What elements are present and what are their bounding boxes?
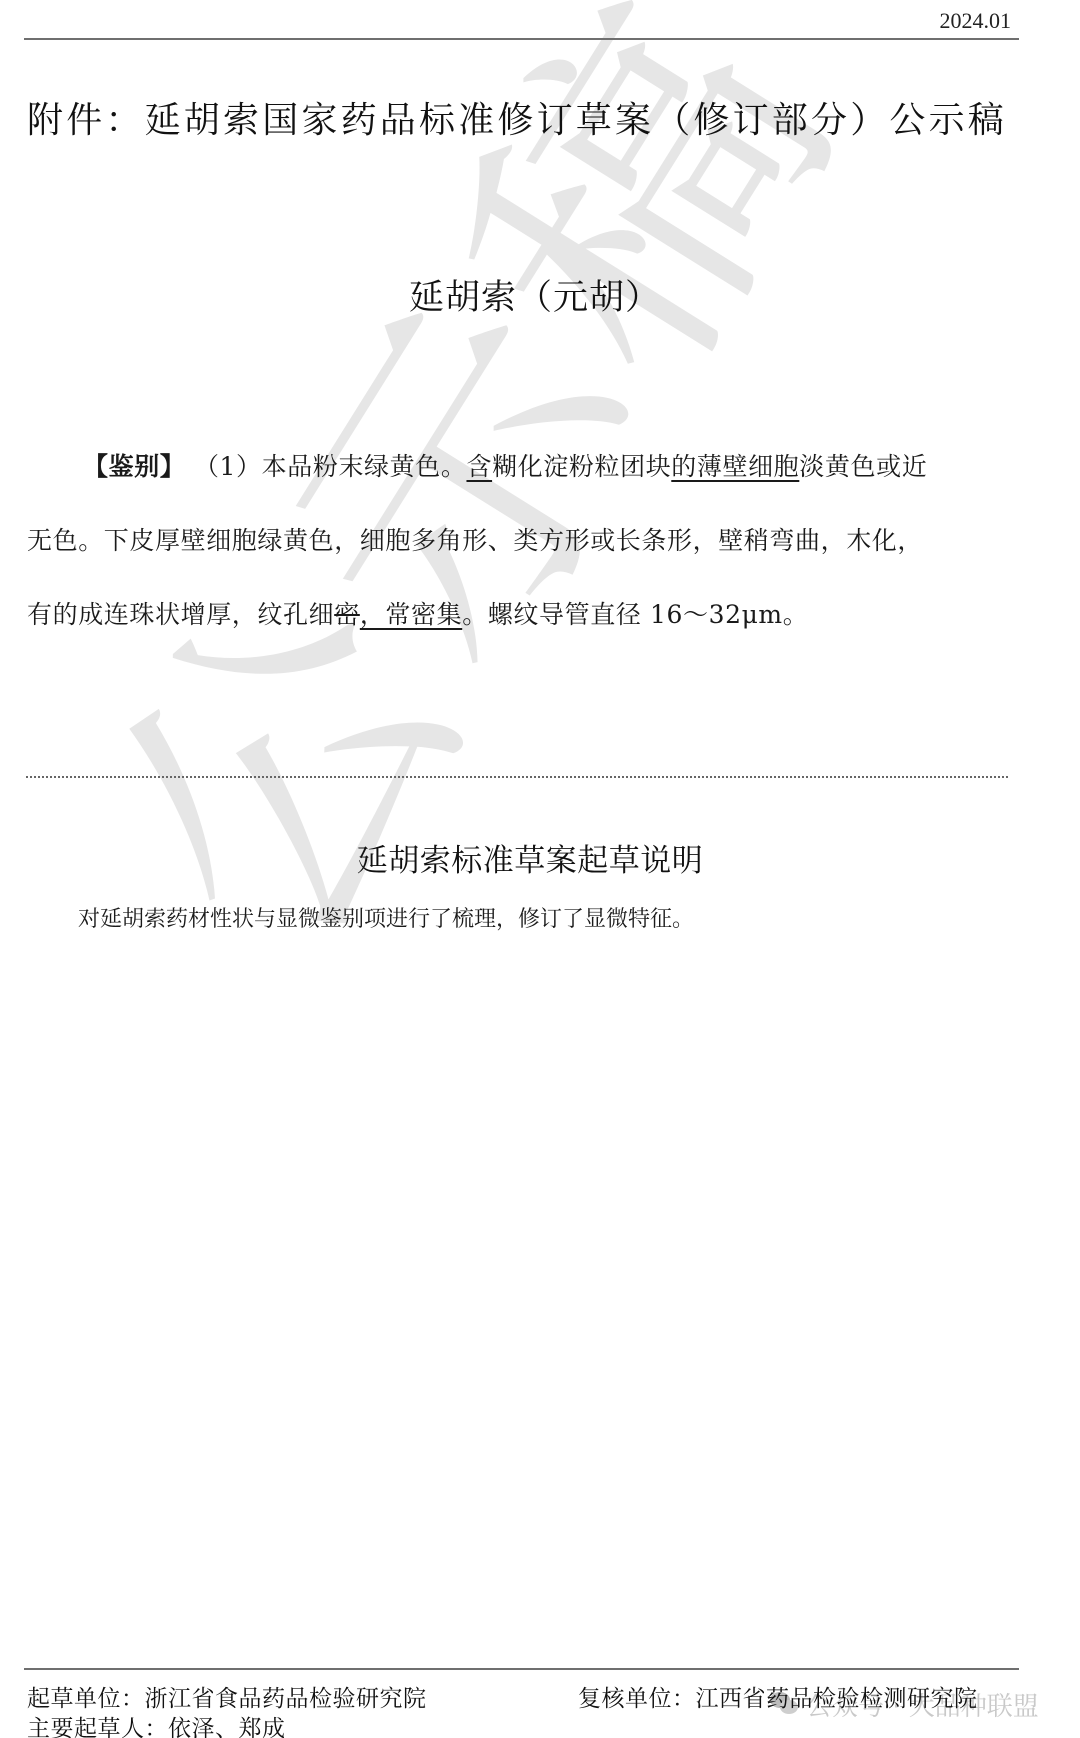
drafting-notes-body: 对延胡索药材性状与显微鉴别项进行了梳理，修订了显微特征。 (78, 902, 694, 933)
review-unit: 复核单位：江西省药品检验检测研究院 (578, 1680, 978, 1713)
identification-line-3: 有的成连珠状增厚，纹孔细密，常密集。螺纹导管直径 16～32μm。 (27, 578, 1027, 652)
identification-heading: 【鉴别】 (83, 452, 185, 481)
inserted-text: 的薄壁细胞 (671, 452, 799, 481)
attachment-title: 附件：延胡索国家药品标准修订草案（修订部分）公示稿 (27, 92, 1007, 143)
text-segment: 糊化淀粉粒团块 (492, 452, 671, 481)
document-date: 2024.01 (940, 8, 1012, 34)
identification-line-1: 【鉴别】 （1）本品粉末绿黄色。含糊化淀粉粒团块的薄壁细胞淡黄色或近 (27, 430, 1027, 504)
deleted-text: 密 (334, 600, 360, 629)
identification-section: 【鉴别】 （1）本品粉末绿黄色。含糊化淀粉粒团块的薄壁细胞淡黄色或近 无色。下皮… (27, 430, 1027, 652)
header-rule (24, 38, 1019, 40)
document-title: 延胡索（元胡） (0, 270, 1080, 320)
inserted-text: ，常密集 (360, 600, 462, 629)
text-segment: 有的成连珠状增厚，纹孔细 (27, 600, 334, 629)
footer-rule (24, 1668, 1019, 1670)
identification-line-2: 无色。下皮厚壁细胞绿黄色，细胞多角形、类方形或长条形，壁稍弯曲，木化， (27, 504, 1027, 578)
text-segment: 淡黄色或近 (799, 452, 927, 481)
text-segment: 。螺纹导管直径 16～32μm。 (462, 600, 808, 629)
drafting-unit: 起草单位：浙江省食品药品检验研究院 (27, 1680, 427, 1713)
text-segment: （1）本品粉末绿黄色。 (194, 452, 467, 481)
main-drafters: 主要起草人：依泽、郑成 (27, 1710, 286, 1738)
drafting-notes-title: 延胡索标准草案起草说明 (0, 835, 1080, 880)
inserted-text: 含 (466, 452, 492, 481)
section-divider (26, 776, 1008, 778)
